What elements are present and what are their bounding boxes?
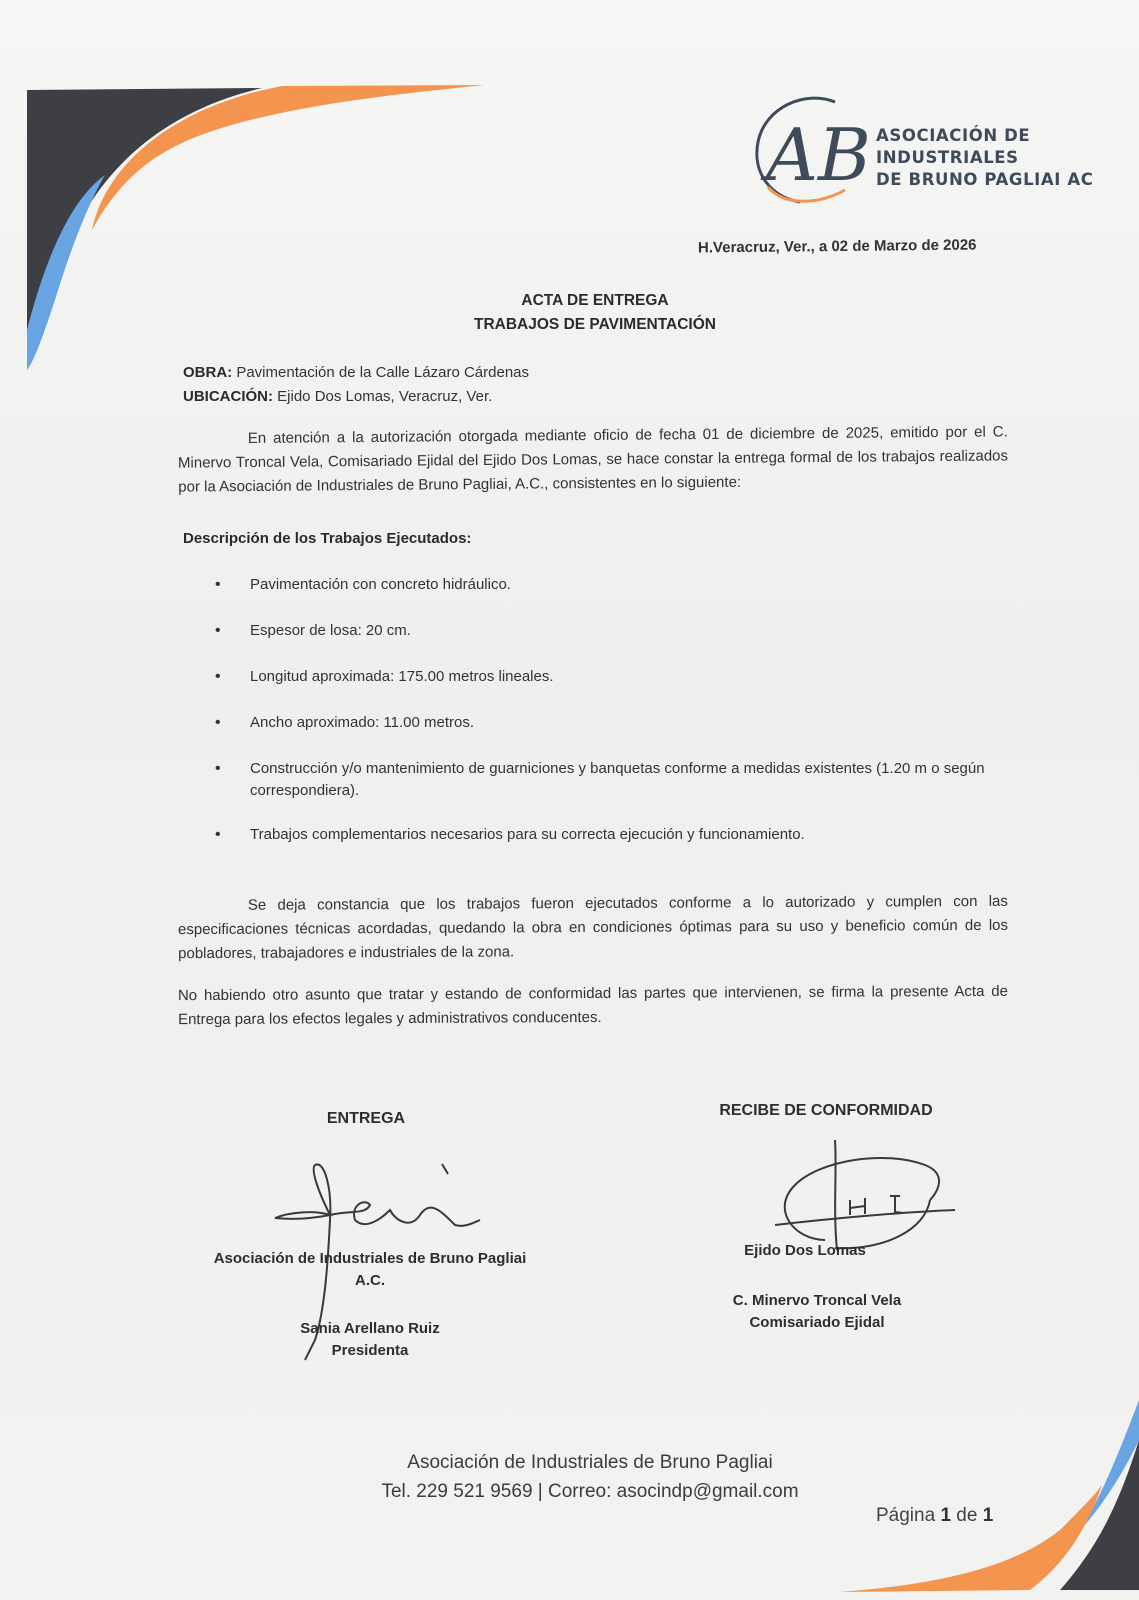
list-item: Longitud aproximada: 175.00 metros linea… [215,666,1005,688]
document-subtitle: TRABAJOS DE PAVIMENTACIÓN [0,316,1139,334]
signature-heading-recibe: RECIBE DE CONFORMIDAD [676,1102,976,1120]
association-logo-icon: AB [750,92,870,207]
field-ubicacion: UBICACIÓN: Ejido Dos Lomas, Veracruz, Ve… [183,388,492,405]
signature-heading-entrega: ENTREGA [186,1110,546,1128]
date-line: H.Veracruz, Ver., a 02 de Marzo de 2026 [698,237,977,257]
page-number: Página 1 de 1 [876,1505,993,1527]
list-item: Ancho aproximado: 11.00 metros. [215,712,1005,734]
field-obra: OBRA: Pavimentación de la Calle Lázaro C… [183,364,529,381]
association-name: ASOCIACIÓN DE INDUSTRIALES DE BRUNO PAGL… [876,125,1139,191]
list-item: Espesor de losa: 20 cm. [215,620,1005,642]
document-page: AB ASOCIACIÓN DE INDUSTRIALES DE BRUNO P… [0,0,1139,1600]
closing-paragraph: Se deja constancia que los trabajos fuer… [178,890,1008,966]
works-heading: Descripción de los Trabajos Ejecutados: [183,530,471,547]
list-item: Pavimentación con concreto hidráulico. [215,574,1005,596]
signature-left-person: Sania Arellano Ruiz Presidenta [190,1318,550,1362]
works-list: Pavimentación con concreto hidráulico. E… [215,574,1005,846]
intro-paragraph: En atención a la autorización otorgada m… [178,420,1009,499]
signature-right-org: Ejido Dos Lomas [680,1240,930,1262]
list-item: Construcción y/o mantenimiento de guarni… [215,758,990,802]
final-paragraph: No habiendo otro asunto que tratar y est… [178,980,1008,1032]
svg-text:AB: AB [760,113,870,197]
signature-left-org: Asociación de Industriales de Bruno Pagl… [190,1248,550,1292]
footer-contact: Asociación de Industriales de Bruno Pagl… [0,1448,1139,1506]
document-title: ACTA DE ENTREGA [0,292,1139,310]
list-item: Trabajos complementarios necesarios para… [215,824,1005,846]
signature-right-person: C. Minervo Troncal Vela Comisariado Ejid… [692,1290,942,1334]
